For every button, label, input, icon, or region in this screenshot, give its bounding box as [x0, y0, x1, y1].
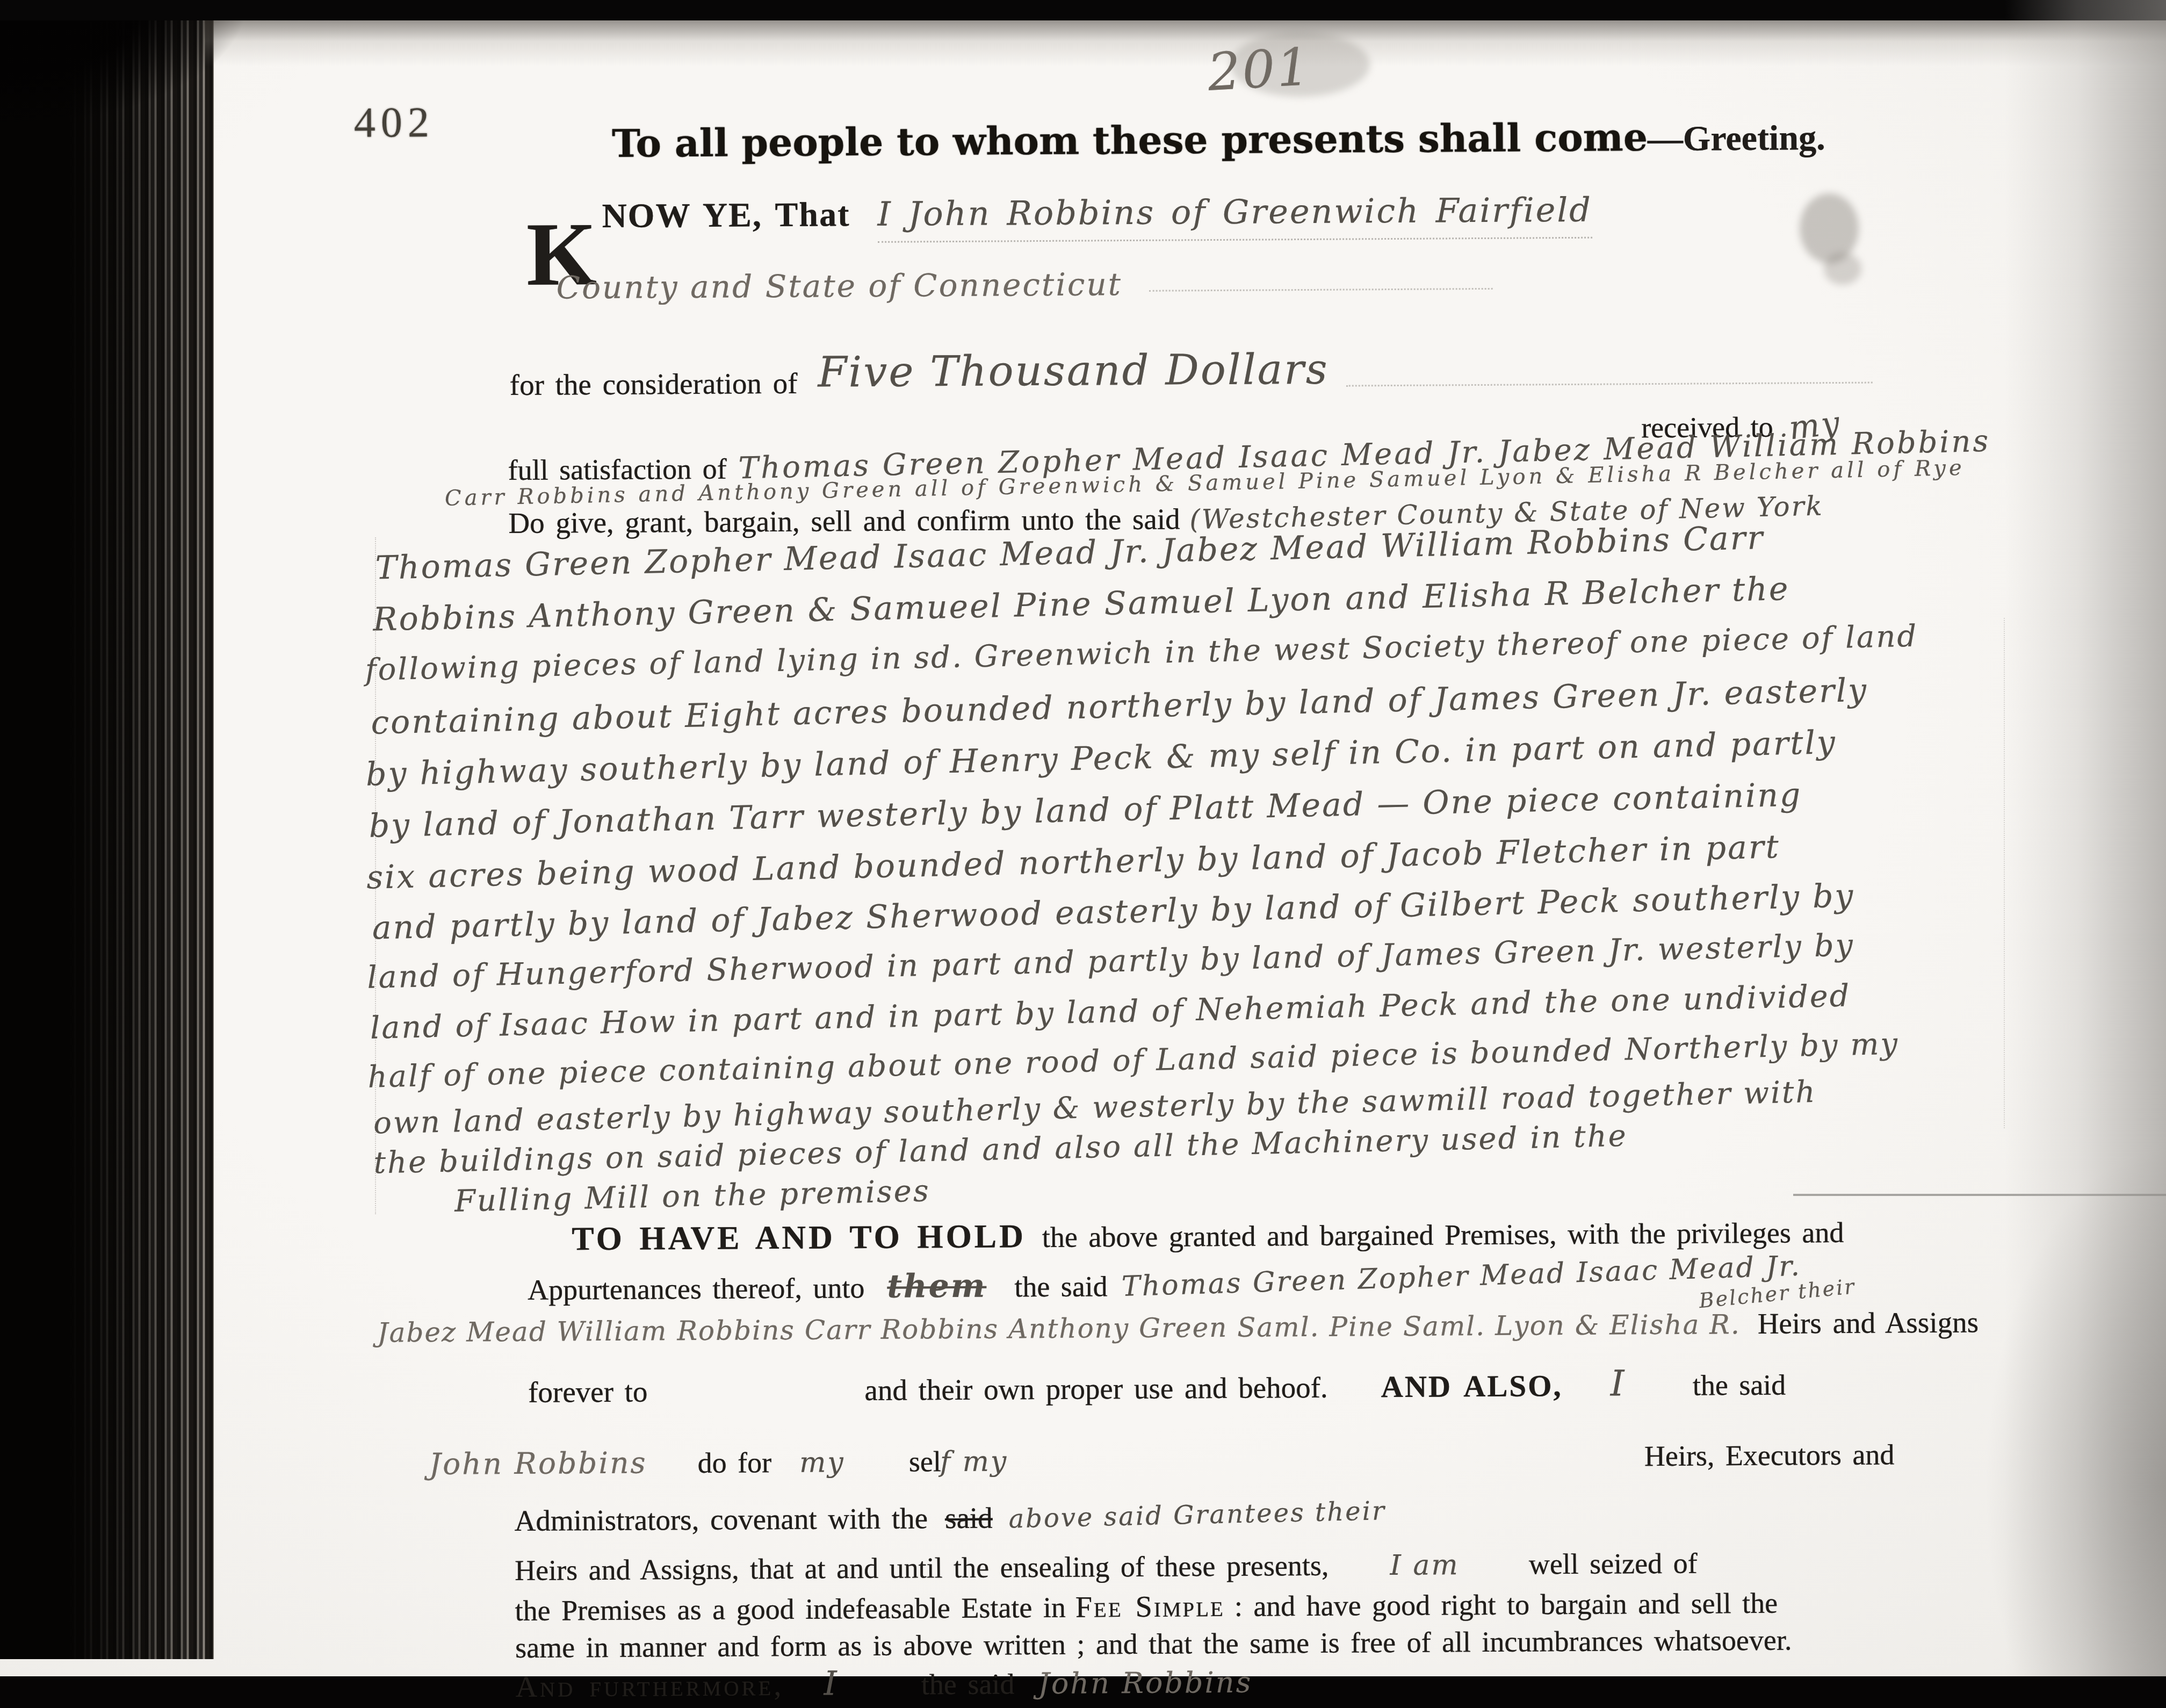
incumbrances-line: same in manner and form as is above writ…	[515, 1624, 1792, 1665]
heirs-executors-print: Heirs, Executors and	[1644, 1438, 1895, 1473]
administrators-line: Administrators, covenant with the said a…	[514, 1498, 1386, 1538]
grantees-heirs-line: Jabez Mead William Robbins Carr Robbins …	[377, 1305, 1979, 1349]
blank-rule	[1149, 288, 1493, 292]
fee-post-print: : and have good right to bargain and sel…	[1234, 1587, 1778, 1623]
salutation-greeting: —Greeting.	[1648, 118, 1825, 158]
i-am-hand: I am	[1390, 1549, 1460, 1582]
appurtenances-print: Appurtenances thereof, unto	[528, 1272, 865, 1306]
grantor-name-hand: I John Robbins of Greenwich Fairfield	[877, 190, 1592, 243]
fee-simple-print: Fee Simple	[1075, 1590, 1225, 1624]
and-also-said-print: the said	[1693, 1369, 1786, 1402]
consideration-amount-hand: Five Thousand Dollars	[818, 345, 1329, 397]
salutation-blackletter: To all people to whom these presents sha…	[612, 114, 1648, 166]
administrators-print: Administrators, covenant with the	[514, 1502, 928, 1537]
salutation-line: To all people to whom these presents sha…	[612, 113, 1825, 167]
blank-rule	[1346, 382, 1873, 387]
well-seized-print: well seized of	[1529, 1547, 1698, 1581]
page-top-edge-shading	[204, 20, 2166, 67]
forever-line: forever to and their own proper use and …	[528, 1362, 1786, 1411]
ensealing-line: Heirs and Assigns, that at and until the…	[515, 1547, 1698, 1587]
grantees-names-hand: Jabez Mead William Robbins Carr Robbins …	[377, 1309, 1741, 1348]
said-struck-print: said	[945, 1502, 993, 1535]
consideration-line: for the consideration of Five Thousand D…	[509, 342, 1872, 402]
scan-right-corner-shadow	[1865, 924, 2166, 1676]
forever-print: forever to	[528, 1375, 648, 1409]
covenantor-name-hand: John Robbins	[429, 1446, 647, 1481]
sel-print: sel	[909, 1445, 941, 1478]
fee-pre-print: the Premises as a good indefeasable Esta…	[515, 1591, 1066, 1627]
habendum-bold-print: TO HAVE AND TO HOLD	[572, 1218, 1026, 1257]
grantor-residence-hand: County and State of Connecticut	[556, 266, 1122, 306]
covenant-line: John Robbins do for my sel f my	[429, 1443, 1008, 1481]
and-also-i-hand: I	[1610, 1363, 1626, 1404]
and-also-print: AND ALSO,	[1381, 1369, 1562, 1404]
ensealing-print: Heirs and Assigns, that at and until the…	[515, 1550, 1329, 1587]
furthermore-print: And furthermore,	[515, 1669, 784, 1676]
deed-line: Fulling Mill on the premises	[454, 1176, 930, 1216]
habendum-line: TO HAVE AND TO HOLD the above granted an…	[572, 1213, 1844, 1258]
scan-top-border	[0, 0, 2166, 20]
above-said-grantees-hand: above said Grantees their	[1008, 1496, 1386, 1534]
furthermore-i-hand: I	[824, 1663, 839, 1676]
fmy-hand: f my	[940, 1445, 1008, 1478]
use-behoof-print: and their own proper use and behoof.	[864, 1371, 1328, 1407]
consideration-print: for the consideration of	[510, 367, 798, 401]
appurtenances-line: Appurtenances thereof, unto them the sai…	[528, 1262, 1802, 1307]
know-ye-text: NOW YE, That	[602, 195, 850, 235]
grantor-residence-line: County and State of Connecticut	[556, 264, 1493, 306]
fee-simple-line: the Premises as a good indefeasable Esta…	[515, 1586, 1778, 1628]
habendum-rest-print: the above granted and bargained Premises…	[1042, 1216, 1844, 1253]
my-hand: my	[799, 1446, 845, 1479]
appurtenances-said-print: the said	[1014, 1270, 1108, 1303]
furthermore-name-hand: John Robbins	[1038, 1666, 1252, 1676]
furthermore-said-print: the said	[921, 1668, 1015, 1676]
do-for-print: do for	[697, 1446, 771, 1479]
appurtenances-them-hand: them	[887, 1267, 986, 1306]
